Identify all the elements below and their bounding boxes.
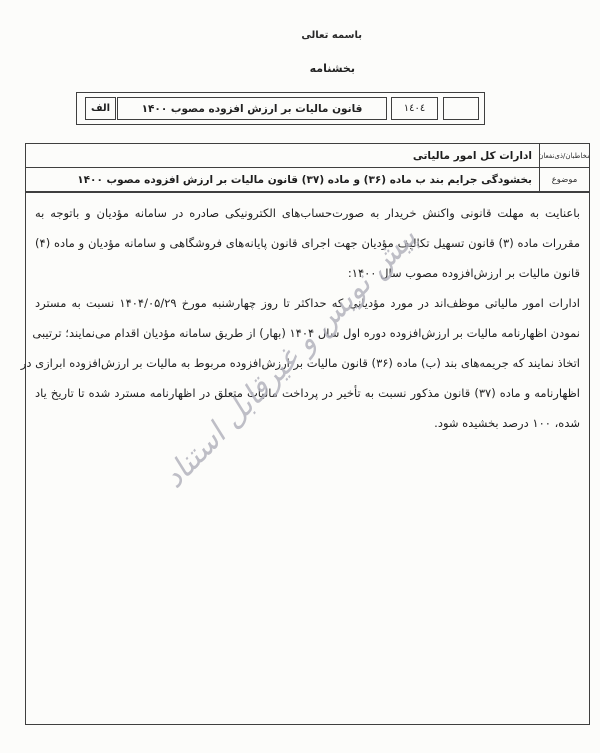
year-box: ١٤٠٤ [391,97,438,120]
header-reference-strip: الف قانون مالیات بر ارزش افزوده مصوب ۱۴۰… [76,92,485,125]
addressees-label: مخاطبان/ذی‌نفعان [539,144,589,167]
info-table: مخاطبان/ذی‌نفعان ادارات کل امور مالیاتی … [25,143,590,192]
subject-label: موضوع [539,168,589,191]
body-line: اتخاذ نمایند که جریمه‌های بند (ب) ماده (… [35,348,580,378]
law-title-box: قانون مالیات بر ارزش افزوده مصوب ۱۴۰۰ [117,97,387,120]
bismillah-text: باسمه تعالی [301,30,362,41]
body-line: باعنایت به مهلت قانونی واکنش خریدار به ص… [35,198,580,228]
circular-document-page: باسمه تعالی بخشنامه الف قانون مالیات بر … [0,0,600,753]
body-line: قانون مالیات بر ارزش‌افزوده مصوب سال ۱۴۰… [35,258,580,288]
body-line: شده، ۱۰۰ درصد بخشیده شود. [35,408,580,438]
document-type-title: بخشنامه [310,62,355,75]
classification-box: الف [85,97,116,120]
empty-reference-box [443,97,479,120]
table-row-subject: موضوع بخشودگی جرایم بند ب ماده (۳۶) و ما… [26,167,589,191]
addressees-value: ادارات کل امور مالیاتی [26,144,539,167]
table-row-addressees: مخاطبان/ذی‌نفعان ادارات کل امور مالیاتی [26,144,589,167]
body-line: مقررات ماده (۳) قانون تسهیل تکالیف مؤدیا… [35,228,580,258]
body-text-box: باعنایت به مهلت قانونی واکنش خریدار به ص… [25,192,590,725]
body-line: نمودن اظهارنامه مالیات بر ارزش‌افزوده دو… [35,318,580,348]
body-line: اظهارنامه و ماده (۳۷) قانون مذکور نسبت ب… [35,378,580,408]
subject-value: بخشودگی جرایم بند ب ماده (۳۶) و ماده (۳۷… [26,168,539,191]
body-line: ادارات امور مالیاتی موظف‌اند در مورد مؤد… [35,288,580,318]
